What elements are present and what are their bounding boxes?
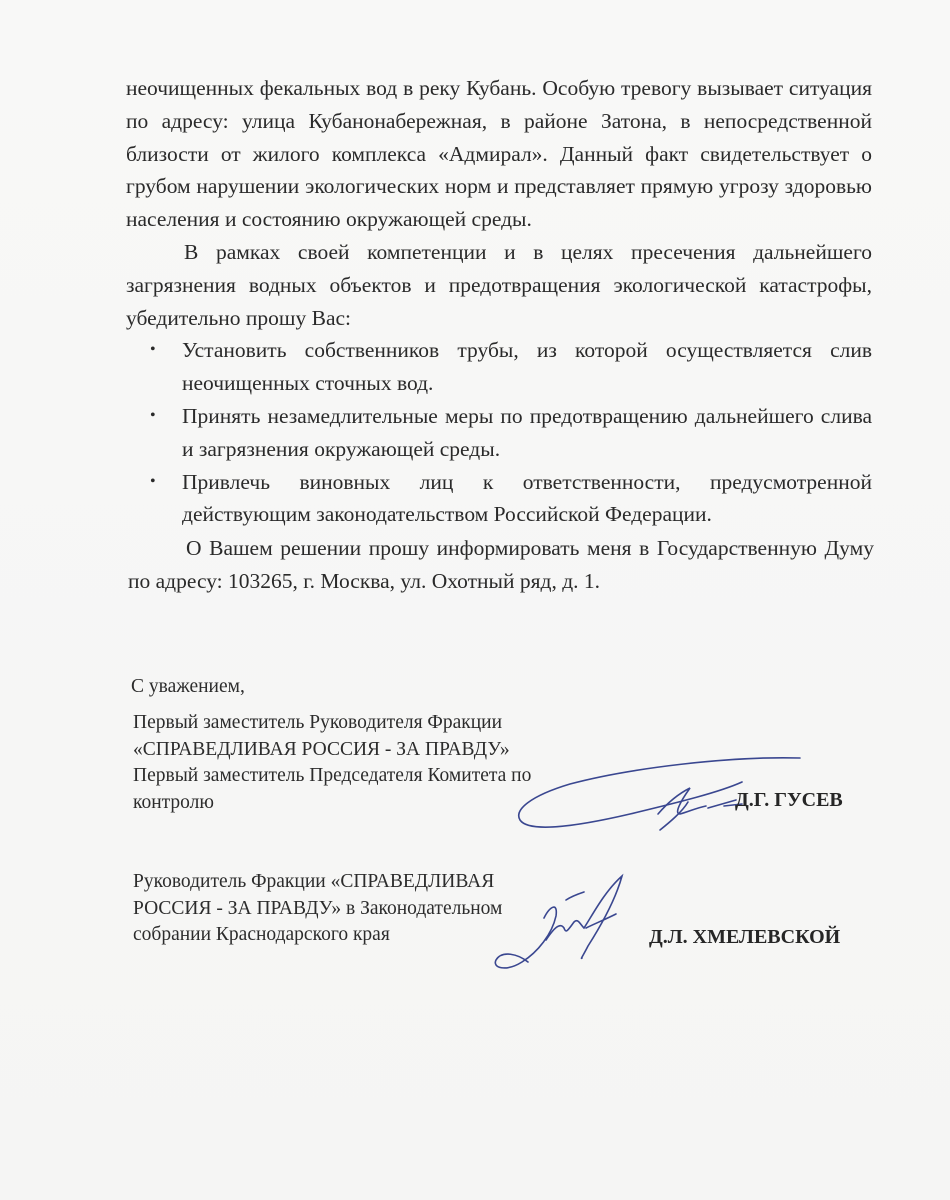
- list-item: • Установить собственников трубы, из кот…: [126, 334, 872, 400]
- signatory-1-title: Первый заместитель Руководителя Фракции …: [133, 710, 531, 816]
- bullet-icon: •: [150, 466, 156, 499]
- bullet-icon: •: [150, 334, 156, 367]
- paragraph-pollution-description: неочищенных фекальных вод в реку Кубань.…: [126, 72, 872, 236]
- signatory-1-name: Д.Г. ГУСЕВ: [735, 789, 843, 812]
- signatory-2-name: Д.Л. ХМЕЛЕВСКОЙ: [649, 926, 840, 949]
- regards-line: С уважением,: [131, 674, 245, 701]
- title-line: РОССИЯ - ЗА ПРАВДУ» в Законодательном: [133, 896, 502, 923]
- title-line: «СПРАВЕДЛИВАЯ РОССИЯ - ЗА ПРАВДУ»: [133, 737, 531, 764]
- signature-2-icon: [488, 868, 648, 978]
- request-text: Установить собственников трубы, из котор…: [182, 338, 872, 395]
- closing-request-text: О Вашем решении прошу информировать меня…: [128, 532, 874, 598]
- closing-request: О Вашем решении прошу информировать меня…: [128, 532, 874, 598]
- title-line: Первый заместитель Руководителя Фракции: [133, 710, 531, 737]
- request-text: Привлечь виновных лиц к ответственности,…: [182, 470, 872, 527]
- title-line: Первый заместитель Председателя Комитета…: [133, 763, 531, 790]
- document-page: неочищенных фекальных вод в реку Кубань.…: [0, 0, 950, 1200]
- list-item: • Привлечь виновных лиц к ответственност…: [126, 466, 872, 532]
- letter-body: неочищенных фекальных вод в реку Кубань.…: [126, 72, 872, 531]
- request-text: Принять незамедлительные меры по предотв…: [182, 404, 872, 461]
- list-item: • Принять незамедлительные меры по предо…: [126, 400, 872, 466]
- title-line: Руководитель Фракции «СПРАВЕДЛИВАЯ: [133, 869, 502, 896]
- title-line: собрании Краснодарского края: [133, 922, 502, 949]
- title-line: контролю: [133, 790, 531, 817]
- request-list: • Установить собственников трубы, из кот…: [126, 334, 872, 531]
- signatory-2-title: Руководитель Фракции «СПРАВЕДЛИВАЯ РОССИ…: [133, 869, 502, 949]
- paragraph-request-intro: В рамках своей компетенции и в целях пре…: [126, 236, 872, 334]
- bullet-icon: •: [150, 400, 156, 433]
